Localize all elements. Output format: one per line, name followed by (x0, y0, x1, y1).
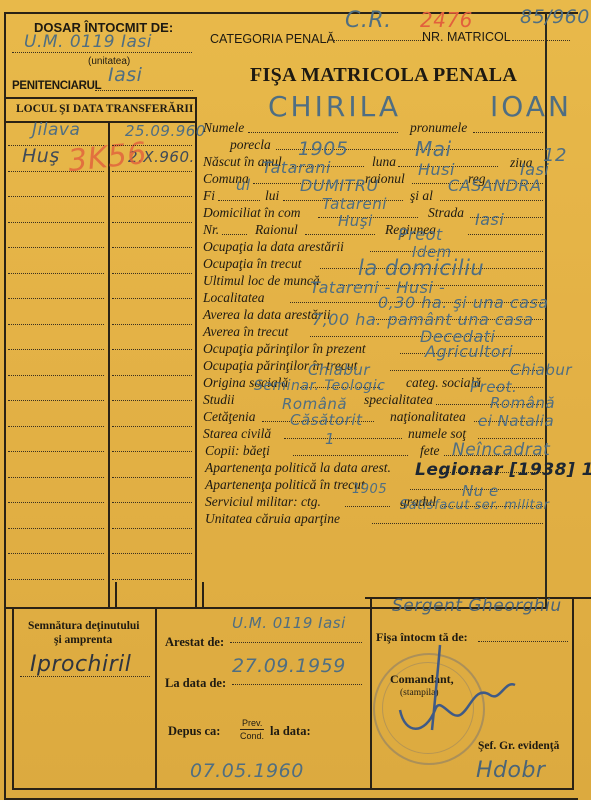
field-specialitatea-label: specialitatea (364, 392, 433, 408)
footer-bottom-line (12, 788, 574, 790)
nr-matricol-line (512, 40, 570, 41)
transfer-row-line (112, 298, 192, 299)
field-pronumele-line (473, 132, 543, 133)
field-ocupatia-arest-label: Ocupaţia la data arestării (203, 239, 344, 255)
field-numele-line (248, 132, 398, 133)
semnatura-label-1: Semnătura deţinutului (28, 620, 140, 632)
field-nationalitatea-label: naţionalitatea (390, 409, 466, 425)
transfer-row-line (112, 171, 192, 172)
transfer-row-line (8, 273, 104, 274)
la-data-line (232, 684, 362, 685)
field-serviciul-label: Serviciul militar: ctg. (205, 494, 321, 510)
field-luna-value: Mai (415, 137, 452, 161)
semnatura-label-2: şi amprenta (54, 634, 112, 646)
field-ocupatia-trecut-label: Ocupaţia în trecut (203, 256, 301, 272)
penitenciarul-line (95, 90, 193, 91)
field-fete-label: fete (420, 443, 440, 459)
arestat-line (230, 642, 362, 643)
transfer-row-line (8, 324, 104, 325)
field-si-al-label: şi al (410, 188, 433, 204)
footer-left-border (12, 607, 14, 789)
field-raionul2-value: Huşi (338, 212, 373, 230)
fisa-value: Sergent Gheorghiu (392, 596, 562, 616)
field-ultimul-loc-label: Ultimul loc de muncă (203, 273, 320, 289)
la-data-value: 27.09.1959 (232, 655, 346, 677)
prev-label: Prev. (242, 718, 262, 728)
transfer-table-header: LOCUL ŞI DATA TRANSFERĂRII (16, 103, 193, 115)
field-ocup-parinti-trecut-value: Agricultori (425, 342, 513, 361)
nr-matricol-value: 85/960 (520, 6, 590, 28)
la-data-label: La data de: (165, 676, 226, 691)
field-serviciul-line (345, 506, 390, 507)
transfer-row-line (112, 553, 192, 554)
field-pronumele-label: pronumele (410, 120, 467, 136)
transfer-row-line (8, 528, 104, 529)
field-origina-value: Chiabur (308, 361, 370, 379)
field-porecla-label: porecla (230, 137, 271, 153)
page-title: FIŞA MATRICOLA PENALA (250, 64, 517, 87)
field-comuna-value: Tatarani (262, 158, 331, 177)
field-si-al-line (440, 200, 543, 201)
transfer-row-line (8, 349, 104, 350)
field-strada-label: Strada (428, 205, 464, 221)
field-starea-civila-label: Starea civilă (203, 426, 271, 442)
depus-date-value: 07.05.1960 (190, 760, 304, 782)
field-localitatea-label: Localitatea (203, 290, 265, 306)
penitenciarul-value: Iasi (108, 64, 142, 86)
commander-signature-icon (380, 640, 540, 750)
field-numele-sot-value: ei Natalia (478, 412, 554, 430)
transfer-row-line (112, 145, 192, 146)
transfer-row-line (112, 349, 192, 350)
footer-stub-2 (202, 582, 204, 608)
transfer-row-line (8, 579, 104, 580)
dosar-line (12, 52, 192, 53)
transfer-row-line (8, 451, 104, 452)
transfer-row-line (8, 222, 104, 223)
sef-label: Şef. Gr. evidenţă (478, 740, 559, 752)
field-nascut-value: 1905 (298, 138, 348, 160)
transfer-row-line (8, 171, 104, 172)
field-fi-line (218, 200, 260, 201)
categoria-red-number: 2476 (420, 8, 473, 32)
field-raionul2-line (305, 234, 375, 235)
transfer-row-line (112, 222, 192, 223)
field-cetatenia-label: Cetăţenia (203, 409, 256, 425)
prev-cond-divider (240, 729, 264, 730)
field-nationalitatea-value: Română (490, 394, 555, 412)
transfer-row-line (8, 400, 104, 401)
field-averea-trecut-label: Averea în trecut (203, 324, 288, 340)
cond-label: Cond. (240, 731, 264, 741)
field-ultimul-loc-value: la domiciliu (358, 256, 484, 280)
transfer-row-line (112, 247, 192, 248)
field-si-al-value: CASANDRA (448, 176, 542, 195)
transfer-row-line (112, 324, 192, 325)
transfer-table-top (4, 97, 197, 99)
footer-right-border (572, 597, 574, 789)
field-unitatea-line (372, 523, 543, 524)
transfer-row-line (8, 375, 104, 376)
semnatura-line (20, 676, 150, 677)
sef-signature: Hdobr (476, 758, 545, 783)
transfer-row-line (112, 528, 192, 529)
transfer-row-line (112, 502, 192, 503)
prisoner-record-card: DOSAR ÎNTOCMIT DE: U.M. 0119 Iasi (unita… (0, 0, 591, 800)
transfer-row-line (8, 247, 104, 248)
field-fi-value: ul (236, 176, 251, 194)
la-data2-label: la data: (270, 724, 311, 739)
transfer-place-1: Jilava (32, 120, 80, 140)
transfer-row-line (112, 477, 192, 478)
field-categ-sociala-value: Chiabur (510, 361, 572, 379)
categoria-label: CATEGORIA PENALĂ (210, 32, 335, 46)
field-unitatea-label: Unitatea căruia aparţine (205, 511, 340, 527)
field-numele-label: Numele (203, 120, 244, 136)
footer-divider-2 (370, 597, 372, 789)
field-ocupatia-arest-value: Preot (398, 225, 443, 244)
penitenciarul-label: PENITENCIARUL (12, 80, 101, 92)
field-regiunea-line (468, 234, 543, 235)
transfer-row-line (112, 196, 192, 197)
field-nr-line (222, 234, 247, 235)
field-domiciliat-label: Domiciliat în com (203, 205, 301, 221)
depus-label: Depus ca: (168, 724, 220, 739)
transfer-row-line (8, 426, 104, 427)
field-serviciul-value: 1905 (352, 482, 387, 497)
field-studii-label: Studii (203, 392, 235, 408)
semnatura-value: Iprochiril (30, 652, 131, 677)
field-copii-baieti-value: 1 (325, 430, 335, 448)
field-ocup-parinti-prezent-label: Ocupaţia părinţilor în prezent (203, 341, 366, 357)
field-raionul2-label: Raionul (255, 222, 298, 238)
transfer-row-line (8, 477, 104, 478)
transfer-row-line (8, 502, 104, 503)
field-nr-label: Nr. (203, 222, 219, 238)
field-pronumele-value: IOAN (490, 90, 572, 123)
field-copii-baieti-label: Copii: băeţi (205, 443, 270, 459)
transfer-place-2: Huş (22, 145, 60, 167)
transfer-row-line (112, 579, 192, 580)
field-apart-trecut-label: Apartenenţa politică în trecut (205, 477, 365, 493)
field-lui-value: DUMITRU (300, 176, 379, 195)
transfer-row-line (8, 298, 104, 299)
footer-stub-1 (115, 582, 117, 608)
footer-divider-1 (155, 607, 157, 789)
transfer-row-line (8, 553, 104, 554)
transfer-row-line (112, 375, 192, 376)
transfer-row-line (112, 426, 192, 427)
transfer-row-line (112, 451, 192, 452)
field-fi-label: Fi (203, 188, 215, 204)
nr-matricol-label: NR. MATRICOL (422, 30, 511, 44)
field-apart-trecut-value: Legionar [1938] 1952 (415, 460, 591, 480)
field-lui-label: lui (265, 188, 279, 204)
field-apart-arest-label: Apartenenţa politică la data arest. (205, 460, 391, 476)
transfer-row-line (8, 196, 104, 197)
dosar-value: U.M. 0119 Iasi (24, 32, 152, 52)
field-ocupatia-arest-line (370, 251, 543, 252)
field-unitatea-value: Satisfacut ser. militar (400, 498, 549, 513)
categoria-value: C.R. (345, 8, 392, 33)
field-luna-label: luna (372, 154, 396, 170)
field-starea-civila-line (284, 438, 402, 439)
transfer-row-line (112, 273, 192, 274)
field-domiciliat-value: Tatareni (322, 195, 387, 213)
transfer-table-right-border (195, 97, 197, 609)
field-copii-baieti-line (293, 455, 408, 456)
transfer-row-line (112, 400, 192, 401)
arestat-label: Arestat de: (165, 635, 224, 650)
field-regiunea-value: Iasi (475, 210, 504, 229)
field-starea-civila-value: Căsătorit (290, 411, 362, 429)
categoria-line (333, 40, 425, 41)
transfer-table-divider (108, 121, 110, 608)
field-numele-value: CHIRILA (268, 90, 401, 123)
arestat-value: U.M. 0119 Iasi (232, 614, 346, 632)
field-numele-sot-line (478, 438, 543, 439)
transfer-row-line (8, 145, 104, 146)
field-apart-arest-value: Neîncadrat (452, 440, 550, 460)
